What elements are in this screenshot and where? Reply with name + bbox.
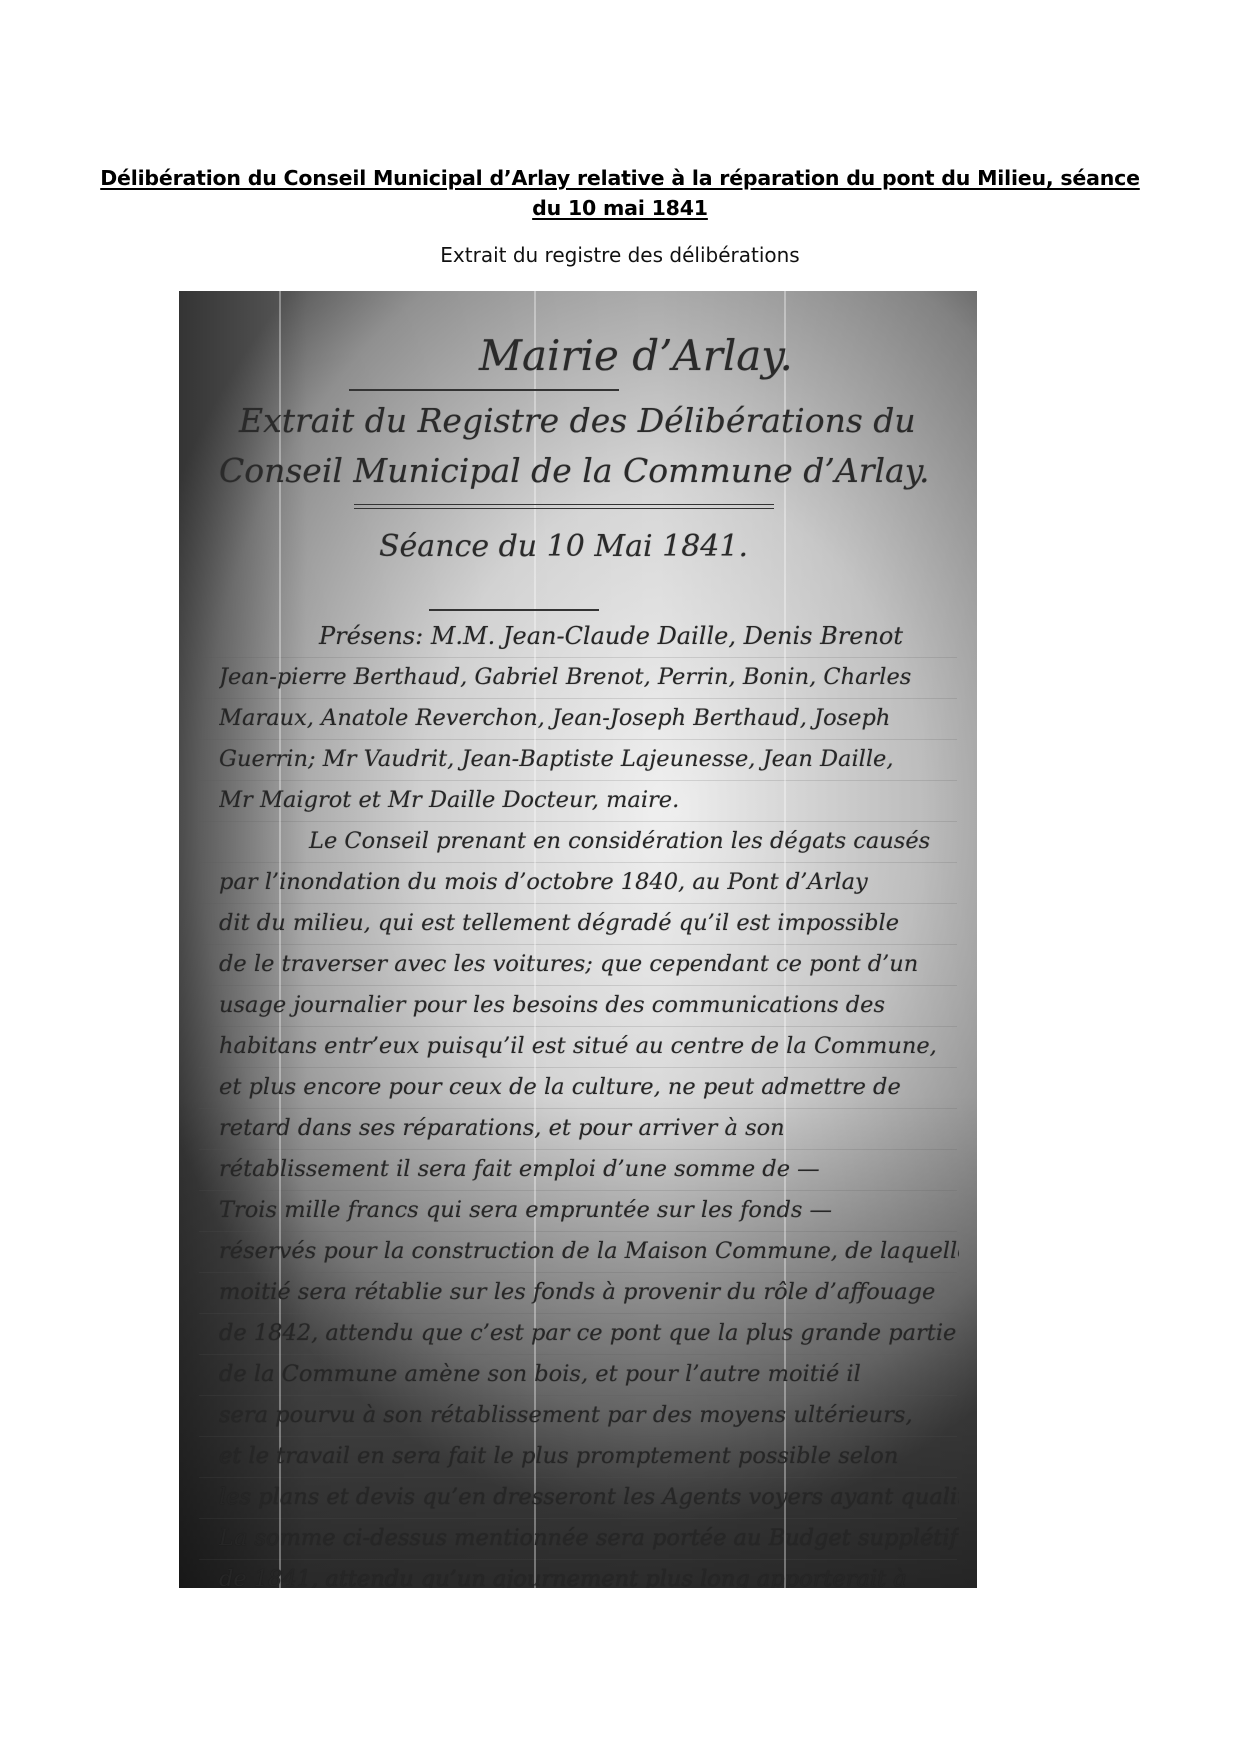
manuscript-line: dit du milieu, qui est tellement dégradé… (219, 903, 959, 944)
manuscript-line: sera pourvu à son rétablissement par des… (219, 1395, 959, 1436)
seance-underline (429, 609, 599, 611)
page-subtitle: Extrait du registre des délibérations (100, 243, 1140, 267)
page-title: Délibération du Conseil Municipal d’Arla… (100, 163, 1140, 223)
manuscript-line: de 1842, attendu que c’est par ce pont q… (219, 1313, 959, 1354)
manuscript-line: Présens: M.M. Jean-Claude Daille, Denis … (219, 616, 959, 657)
manuscript-line: Jean-pierre Berthaud, Gabriel Brenot, Pe… (219, 657, 959, 698)
manuscript-line: et le travail en sera fait le plus promp… (219, 1436, 959, 1477)
manuscript-line: par l’inondation du mois d’octobre 1840,… (219, 862, 959, 903)
manuscript-heading-extrait: Extrait du Registre des Délibérations du (239, 401, 916, 440)
manuscript-heading-conseil: Conseil Municipal de la Commune d’Arlay. (219, 451, 929, 490)
manuscript-photo: Mairie d’Arlay. Extrait du Registre des … (179, 291, 977, 1588)
manuscript-line: Trois mille francs qui sera empruntée su… (219, 1190, 959, 1231)
manuscript-line: usage journalier pour les besoins des co… (219, 985, 959, 1026)
manuscript-line: habitans entr’eux puisqu’il est situé au… (219, 1026, 959, 1067)
manuscript-line: de le traverser avec les voitures; que c… (219, 944, 959, 985)
manuscript-line: rétablissement il sera fait emploi d’une… (219, 1149, 959, 1190)
manuscript-line: Le Conseil prenant en considération les … (219, 821, 959, 862)
manuscript-line: et plus encore pour ceux de la culture, … (219, 1067, 959, 1108)
manuscript-line: moitié sera rétablie sur les fonds à pro… (219, 1272, 959, 1313)
manuscript-line: Mr Maigrot et Mr Daille Docteur, maire. (219, 780, 959, 821)
manuscript-line: de 1841, attendu qu’un ajournement plus … (219, 1559, 959, 1588)
manuscript-body: Présens: M.M. Jean-Claude Daille, Denis … (219, 616, 959, 1588)
manuscript-heading-mairie: Mairie d’Arlay. (479, 331, 793, 380)
heading-double-rule (354, 504, 774, 509)
manuscript-line: les plans et devis qu’en dresseront les … (219, 1477, 959, 1518)
heading-underline (349, 389, 619, 391)
manuscript-line: La somme ci-dessus mentionnée sera porté… (219, 1518, 959, 1559)
manuscript-line: retard dans ses réparations, et pour arr… (219, 1108, 959, 1149)
manuscript-seance-date: Séance du 10 Mai 1841. (379, 529, 748, 564)
manuscript-line: Guerrin; Mr Vaudrit, Jean-Baptiste Lajeu… (219, 739, 959, 780)
manuscript-line: Maraux, Anatole Reverchon, Jean-Joseph B… (219, 698, 959, 739)
manuscript-line: de la Commune amène son bois, et pour l’… (219, 1354, 959, 1395)
manuscript-line: réservés pour la construction de la Mais… (219, 1231, 959, 1272)
